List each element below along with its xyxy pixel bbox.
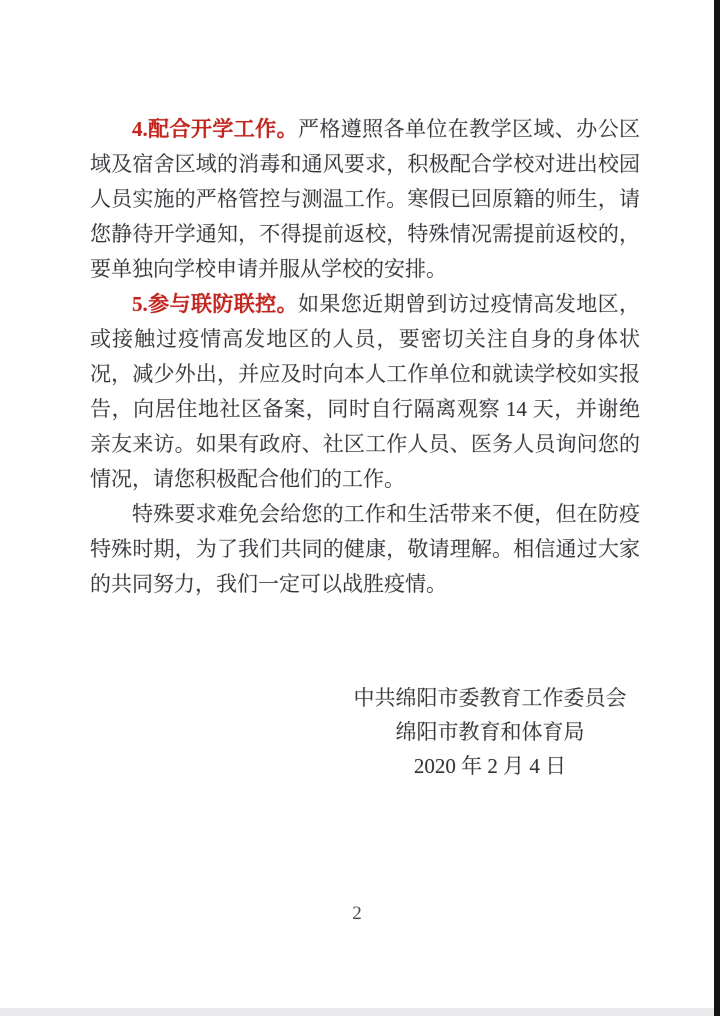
signature-org-1: 中共绵阳市委教育工作委员会: [300, 681, 680, 715]
paragraph-4-heading: 4.配合开学工作。: [132, 117, 298, 141]
signature-block: 中共绵阳市委教育工作委员会 绵阳市教育和体育局 2020 年 2 月 4 日: [300, 681, 680, 783]
paragraph-4-body: 严格遵照各单位在教学区域、办公区域及宿舍区域的消毒和通风要求，积极配合学校对进出…: [90, 117, 640, 281]
scan-right-edge: [714, 0, 720, 1016]
signature-date: 2020 年 2 月 4 日: [300, 749, 680, 783]
paragraph-closing-body: 特殊要求难免会给您的工作和生活带来不便，但在防疫特殊时期，为了我们共同的健康，敬…: [90, 502, 640, 596]
paragraph-5-body: 如果您近期曾到访过疫情高发地区，或接触过疫情高发地区的人员，要密切关注自身的身体…: [90, 292, 640, 491]
scan-bottom-edge: [0, 1008, 714, 1016]
signature-org-2: 绵阳市教育和体育局: [300, 715, 680, 749]
paragraph-5-joint-prevention: 5.参与联防联控。如果您近期曾到访过疫情高发地区，或接触过疫情高发地区的人员，要…: [90, 287, 640, 497]
document-body: 4.配合开学工作。严格遵照各单位在教学区域、办公区域及宿舍区域的消毒和通风要求，…: [90, 112, 640, 602]
paragraph-4-cooperate-school-opening: 4.配合开学工作。严格遵照各单位在教学区域、办公区域及宿舍区域的消毒和通风要求，…: [90, 112, 640, 287]
page-number: 2: [0, 903, 714, 925]
scanned-document-page: 4.配合开学工作。严格遵照各单位在教学区域、办公区域及宿舍区域的消毒和通风要求，…: [0, 0, 720, 1016]
paragraph-closing-remarks: 特殊要求难免会给您的工作和生活带来不便，但在防疫特殊时期，为了我们共同的健康，敬…: [90, 497, 640, 602]
paragraph-5-heading: 5.参与联防联控。: [132, 292, 298, 316]
